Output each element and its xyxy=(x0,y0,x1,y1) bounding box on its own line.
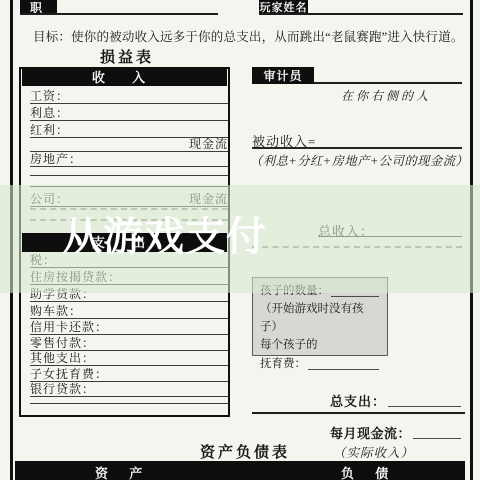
monthly-cashflow-row: 每月现金流： xyxy=(330,423,462,442)
total-expenses-fill-line xyxy=(388,391,461,407)
auditor-label: 审计员 xyxy=(252,67,314,84)
child-cost-fill-line xyxy=(308,355,379,370)
actual-income-note: （实际收入） xyxy=(333,443,414,461)
auditor-subtitle: 在你右侧的人 xyxy=(341,87,431,104)
passive-income-formula: （利息+分红+房地产+公司的现金流） xyxy=(250,151,468,169)
passive-income-row: 被动收入= xyxy=(252,131,462,149)
expense-row: 零售付款： xyxy=(30,336,228,351)
cashflow-column-label: 现金流 xyxy=(30,137,228,152)
assets-header: 资 产 xyxy=(95,463,151,480)
expense-row: 子女抚育费： xyxy=(30,367,228,382)
income-section-header: 收 入 xyxy=(22,69,227,86)
income-row-salary: 工资： xyxy=(30,89,228,104)
expense-row: 信用卡还款： xyxy=(30,320,228,335)
balance-sheet-title: 资产负债表 xyxy=(200,441,290,462)
expense-row: 购车款： xyxy=(30,304,228,319)
per-child-label: 每个孩子的 xyxy=(260,336,380,354)
children-note: （开始游戏时没有孩子） xyxy=(260,300,380,336)
balance-sheet-header-bar: 资 产 负 债 xyxy=(15,461,465,480)
total-expenses-row: 总支出： xyxy=(330,391,462,410)
player-name-fill-line xyxy=(259,13,463,15)
income-row-dividend: 红利： xyxy=(30,123,228,138)
cashflow-game-worksheet: 职 业 玩家姓名 目标：使你的被动收入远多于你的总支出，从而跳出“老鼠赛跑”进入… xyxy=(0,0,480,480)
blank-fill-line xyxy=(30,403,228,404)
auditor-fill-line xyxy=(314,82,462,84)
expense-row: 其他支出： xyxy=(30,351,228,366)
goal-text: 目标：使你的被动收入远多于你的总支出，从而跳出“老鼠赛跑”进入快行道。 xyxy=(33,27,465,45)
occupation-fill-line xyxy=(20,13,218,15)
income-row-interest: 利息： xyxy=(30,106,228,121)
liabilities-header: 负 债 xyxy=(341,463,397,480)
blank-fill-line xyxy=(30,175,228,176)
income-statement-title: 损益表 xyxy=(100,46,154,67)
child-cost-row: 抚育费： xyxy=(260,355,380,373)
watermark-text-fragment: 从游戏支付 xyxy=(62,205,267,262)
expense-row: 银行贷款： xyxy=(30,382,228,397)
separator-line xyxy=(252,412,465,414)
income-row-realestate: 房地产： xyxy=(30,152,228,167)
monthly-cashflow-fill-line xyxy=(413,423,461,439)
